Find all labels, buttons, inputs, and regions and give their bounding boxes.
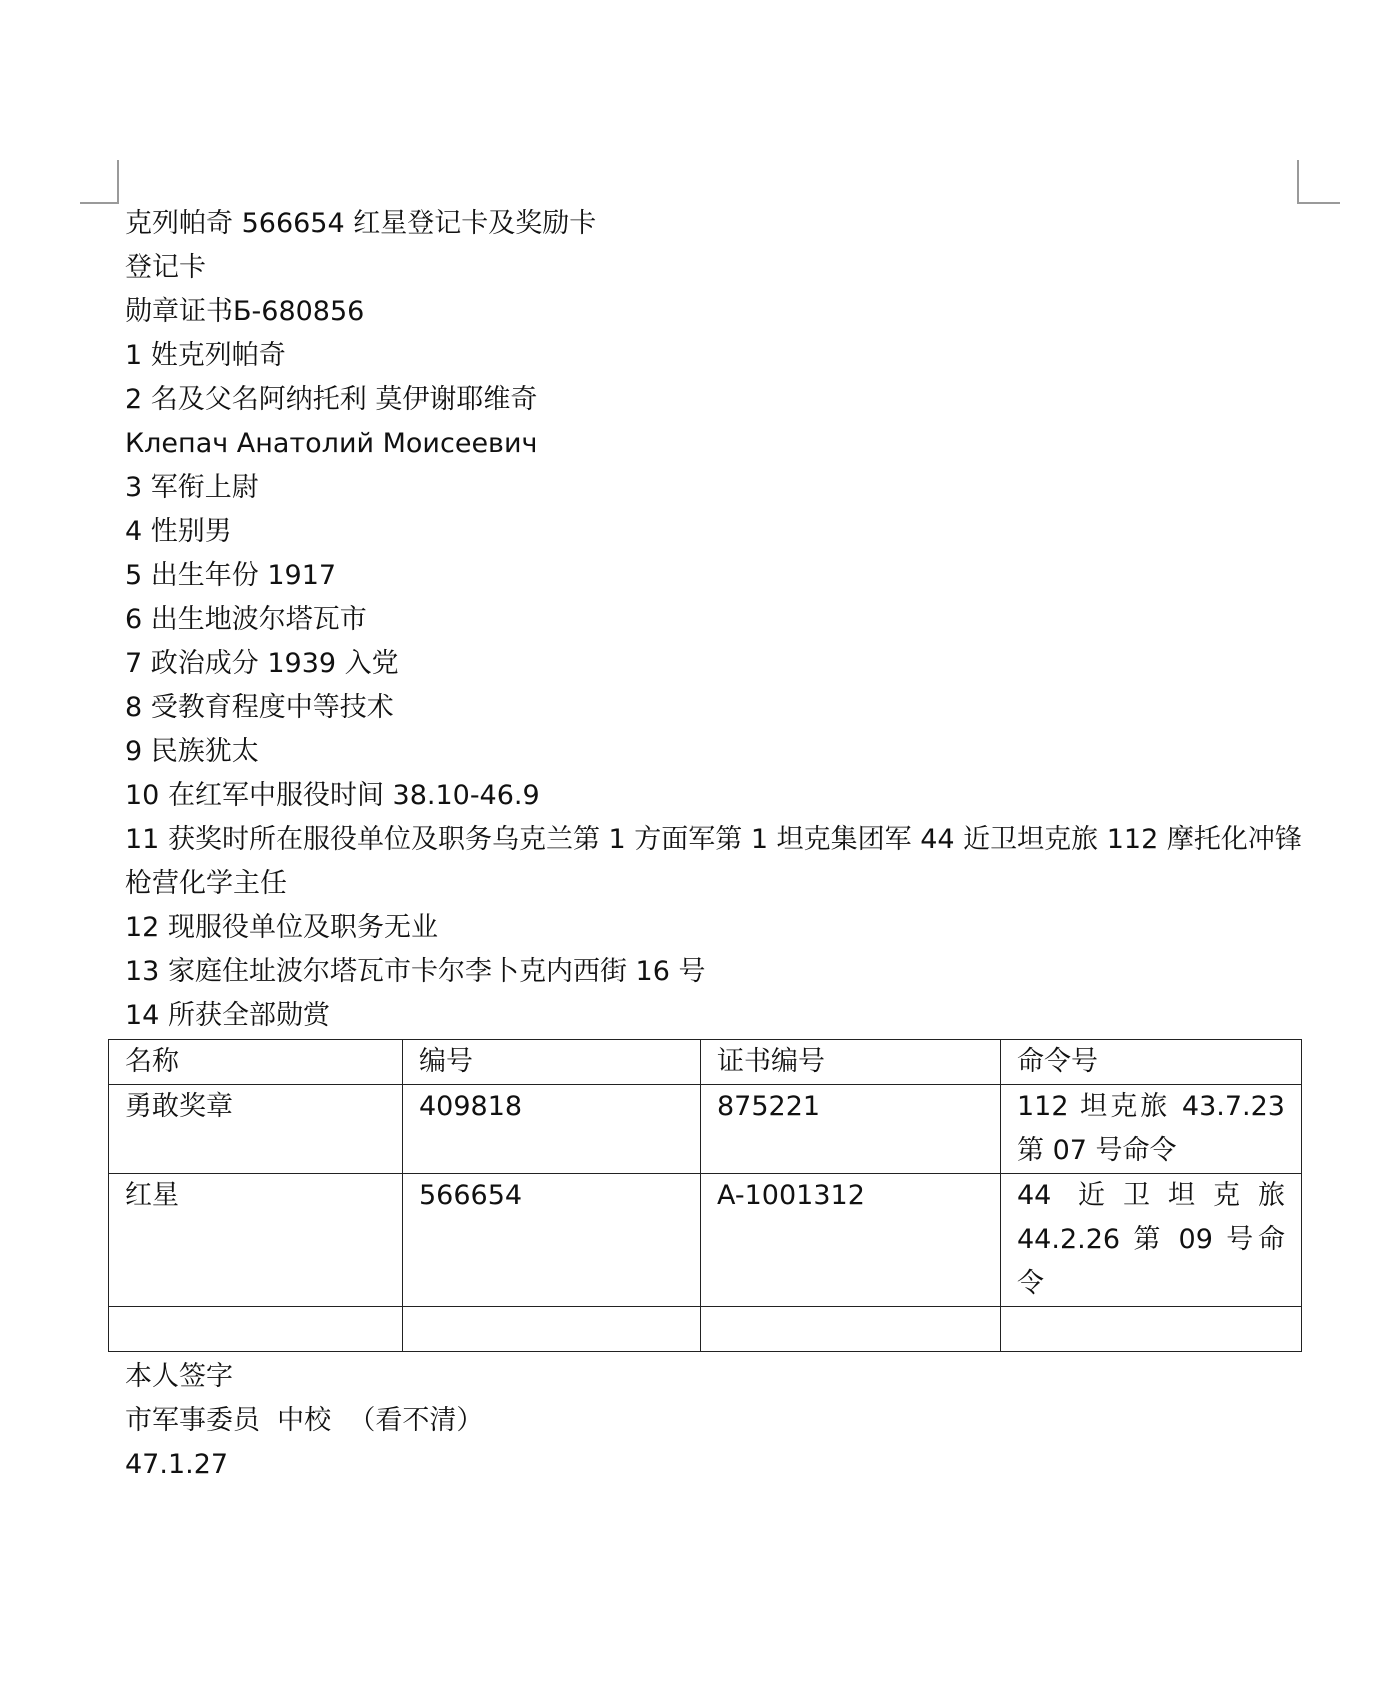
field-party: 7 政治成分 1939 入党: [125, 642, 1305, 686]
document-date: 47.1.27: [125, 1443, 483, 1487]
table-header-row: 名称 编号 证书编号 命令号: [109, 1040, 1302, 1085]
table-cell: 红星: [109, 1174, 403, 1307]
table-cell: 409818: [403, 1085, 701, 1174]
field-birth-year: 5 出生年份 1917: [125, 554, 1305, 598]
field-service-period: 10 在红军中服役时间 38.10-46.9: [125, 774, 1305, 818]
document-footer: 本人签字 市军事委员 中校 （看不清） 47.1.27: [125, 1355, 483, 1487]
table-cell: [1001, 1307, 1302, 1352]
document-body: 克列帕奇 566654 红星登记卡及奖励卡 登记卡 勋章证书Б-680856 1…: [125, 202, 1305, 1038]
table-row: 勇敢奖章 409818 875221 112 坦克旅 43.7.23 第 07 …: [109, 1085, 1302, 1174]
field-birthplace: 6 出生地波尔塔瓦市: [125, 598, 1305, 642]
table-row-empty: [109, 1307, 1302, 1352]
document-title: 克列帕奇 566654 红星登记卡及奖励卡: [125, 202, 1305, 246]
table-cell: 112 坦克旅 43.7.23 第 07 号命令: [1001, 1085, 1302, 1174]
certificate-number: 勋章证书Б-680856: [125, 290, 1305, 334]
table-cell: [701, 1307, 1001, 1352]
table-row: 红星 566654 A-1001312 44 近卫坦克旅 44.2.26 第 0…: [109, 1174, 1302, 1307]
table-cell: 勇敢奖章: [109, 1085, 403, 1174]
field-education: 8 受教育程度中等技术: [125, 686, 1305, 730]
field-rank: 3 军衔上尉: [125, 466, 1305, 510]
field-nationality: 9 民族犹太: [125, 730, 1305, 774]
field-unit-at-award: 11 获奖时所在服役单位及职务乌克兰第 1 方面军第 1 坦克集团军 44 近卫…: [125, 818, 1305, 906]
document-subtitle: 登记卡: [125, 246, 1305, 290]
awards-table: 名称 编号 证书编号 命令号 勇敢奖章 409818 875221 112 坦克…: [108, 1039, 1302, 1352]
table-cell: 875221: [701, 1085, 1001, 1174]
field-awards-label: 14 所获全部勋赏: [125, 994, 1305, 1038]
header-cell: 命令号: [1001, 1040, 1302, 1085]
table-cell: 566654: [403, 1174, 701, 1307]
page-corner-mark-top-left: [80, 160, 119, 204]
table-cell: 44 近卫坦克旅 44.2.26 第 09 号命令: [1001, 1174, 1302, 1307]
field-surname: 1 姓克列帕奇: [125, 334, 1305, 378]
field-address: 13 家庭住址波尔塔瓦市卡尔李卜克内西街 16 号: [125, 950, 1305, 994]
table-cell: [109, 1307, 403, 1352]
header-cell: 证书编号: [701, 1040, 1001, 1085]
field-name-patronymic: 2 名及父名阿纳托利 莫伊谢耶维奇: [125, 378, 1305, 422]
signature-label: 本人签字: [125, 1355, 483, 1399]
header-cell: 编号: [403, 1040, 701, 1085]
table-cell: [403, 1307, 701, 1352]
field-name-russian: Клепач Анатолий Моисеевич: [125, 422, 1305, 466]
table-cell: A-1001312: [701, 1174, 1001, 1307]
field-current-unit: 12 现服役单位及职务无业: [125, 906, 1305, 950]
header-cell: 名称: [109, 1040, 403, 1085]
page-corner-mark-top-right: [1297, 160, 1340, 204]
commissioner-line: 市军事委员 中校 （看不清）: [125, 1399, 483, 1443]
field-gender: 4 性别男: [125, 510, 1305, 554]
